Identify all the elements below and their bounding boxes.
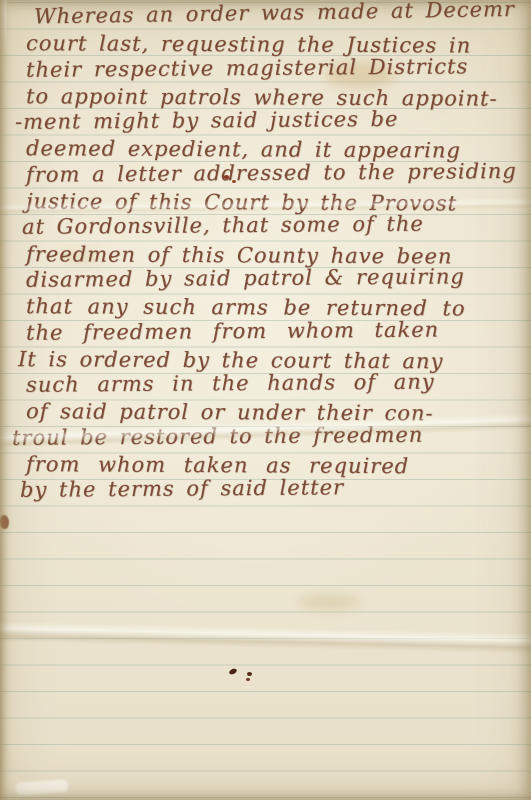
handwriting-line: at Gordonsville, that some of the — [0, 210, 531, 240]
paper-repair-patch — [16, 779, 69, 796]
ink-spot — [247, 672, 252, 676]
ink-spot — [228, 668, 237, 676]
ink-spot — [246, 678, 250, 681]
handwriting-line: -ment might by said justices be — [0, 105, 531, 135]
ink-spot — [232, 180, 236, 183]
handwriting-line: such arms in the hands of any — [0, 368, 531, 398]
handwritten-text-block: Whereas an order was made at Decemr cour… — [0, 4, 531, 504]
ink-spot — [224, 175, 229, 179]
handwriting-line: by the terms of said letter — [0, 473, 531, 503]
ink-smear — [0, 515, 9, 529]
handwriting-line: from a letter addressed to the presiding — [0, 158, 531, 188]
handwriting-line: the freedmen from whom taken — [0, 315, 531, 345]
handwriting-line: their respective magisterial Districts — [0, 52, 531, 82]
fold-crease — [0, 621, 531, 654]
handwriting-line: Whereas an order was made at Decemr — [0, 0, 531, 30]
handwriting-line: disarmed by said patrol & requiring — [0, 263, 531, 293]
stain — [298, 594, 360, 610]
manuscript-page: Whereas an order was made at Decemr cour… — [0, 0, 531, 800]
handwriting-line: troul be restored to the freedmen — [0, 421, 531, 451]
